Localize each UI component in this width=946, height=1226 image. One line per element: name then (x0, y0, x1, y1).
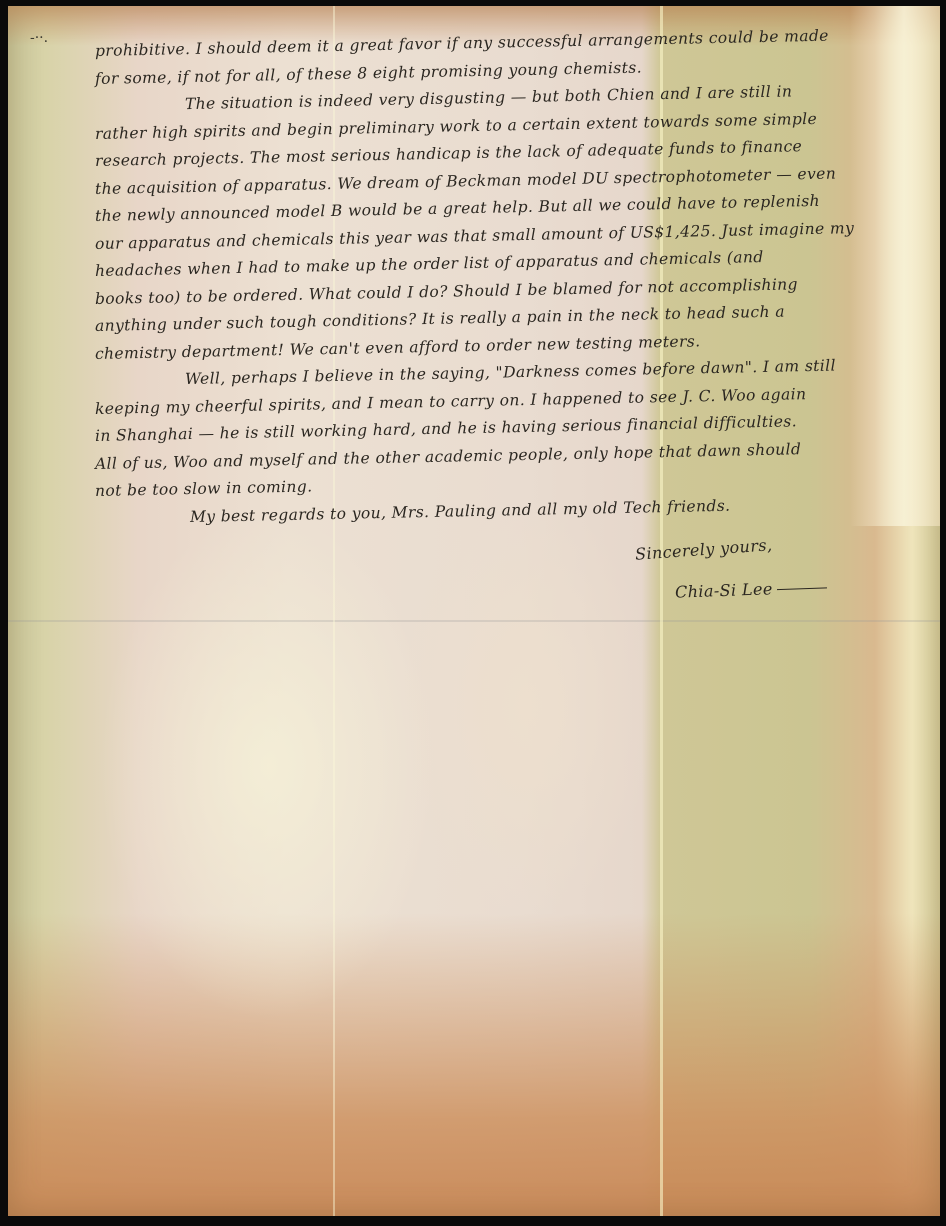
closing-salutation: Sincerely yours, (634, 531, 773, 568)
signature-name: Chia-Si Lee (675, 579, 773, 601)
paragraph-2: The situation is indeed very disgusting … (95, 93, 915, 368)
letter-body: prohibitive. I should deem it a great fa… (95, 38, 915, 626)
signature-underline (777, 587, 827, 590)
signature: Chia-Si Lee (675, 573, 828, 606)
paragraph-3: Well, perhaps I believe in the saying, "… (95, 368, 915, 506)
corner-mark: -··. (30, 30, 48, 46)
closing-block: My best regards to you, Mrs. Pauling and… (95, 506, 915, 626)
